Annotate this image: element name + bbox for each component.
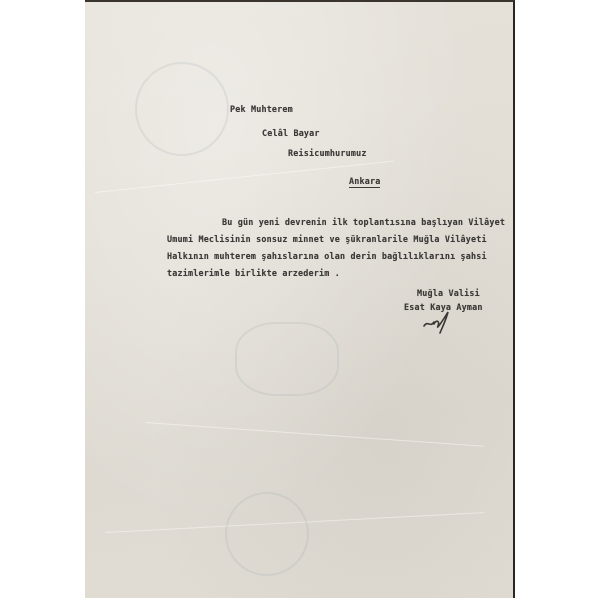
sender-title: Muğla Valisi: [417, 288, 480, 298]
body-line: tazimlerimle birlikte arzederim .: [167, 268, 340, 278]
bleed-through-stamp: [135, 62, 229, 156]
paper-crease: [145, 422, 484, 447]
body-line: Bu gün yeni devrenin ilk toplantısına ba…: [222, 217, 505, 227]
salutation: Pek Muhterem: [230, 104, 293, 114]
signature-icon: [422, 306, 456, 334]
body-line: Umumi Meclisinin sonsuz minnet ve şükran…: [167, 234, 487, 244]
bleed-through-stamp: [225, 492, 309, 576]
letter-page: [85, 0, 515, 598]
bleed-through-stamp: [235, 322, 339, 396]
recipient-title: Reisicumhurumuz: [288, 148, 367, 158]
city: Ankara: [349, 176, 380, 188]
body-line: Halkının muhterem şahıslarına olan derin…: [167, 251, 487, 261]
recipient-name: Celâl Bayar: [262, 128, 320, 138]
